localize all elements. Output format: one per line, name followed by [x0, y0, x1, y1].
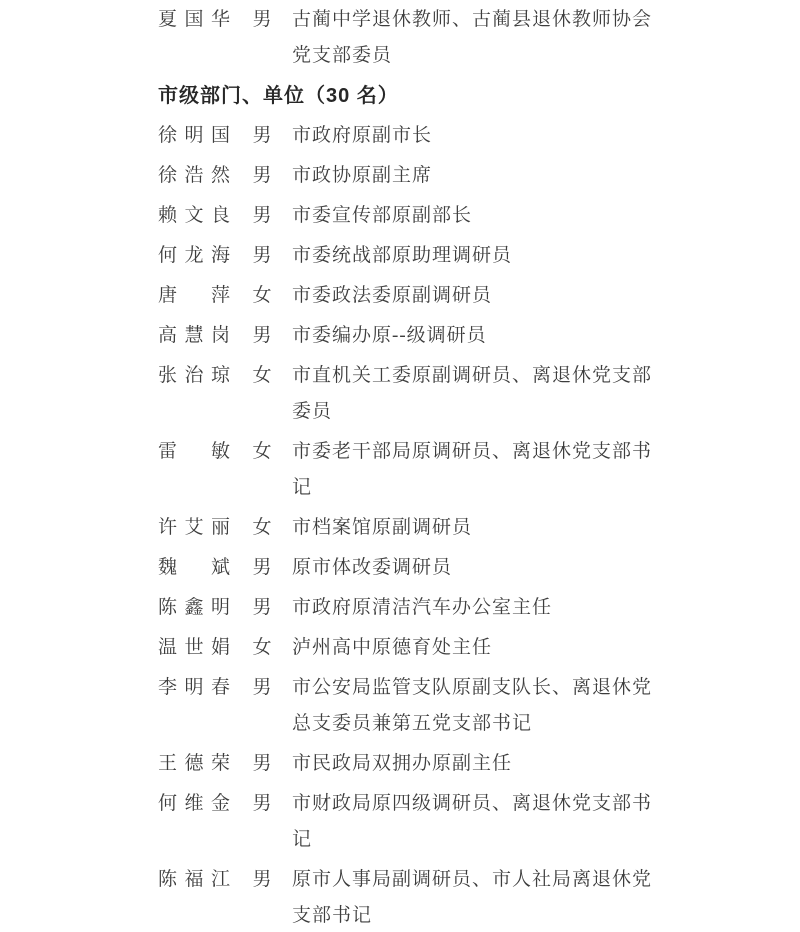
person-name: 赖文良: [158, 198, 230, 234]
person-name: 何维金: [158, 786, 230, 822]
person-gender: 男: [252, 238, 272, 274]
position-line: 市委编办原--级调研员: [292, 318, 664, 354]
position-line: 市财政局原四级调研员、离退休党支部书: [292, 786, 664, 822]
person-name: 魏斌: [158, 550, 230, 586]
person-gender: 男: [252, 862, 272, 898]
person-position: 市财政局原四级调研员、离退休党支部书记: [292, 786, 664, 858]
position-line: 市委老干部局原调研员、离退休党支部书: [292, 434, 664, 470]
entry-row: 何维金 男 市财政局原四级调研员、离退休党支部书记: [158, 786, 800, 858]
person-name: 雷敏: [158, 434, 230, 470]
person-position: 市委老干部局原调研员、离退休党支部书记: [292, 434, 664, 506]
entry-row: 张治琼 女 市直机关工委原副调研员、离退休党支部委员: [158, 358, 800, 430]
person-position: 市档案馆原副调研员: [292, 510, 664, 546]
person-position: 市委政法委原副调研员: [292, 278, 664, 314]
person-name: 陈鑫明: [158, 590, 230, 626]
person-name: 唐萍: [158, 278, 230, 314]
person-gender: 男: [252, 670, 272, 706]
person-position: 古蔺中学退休教师、古蔺县退休教师协会党支部委员: [292, 2, 664, 74]
person-gender: 男: [252, 746, 272, 782]
person-gender: 男: [252, 2, 272, 38]
person-gender: 男: [252, 590, 272, 626]
entry-row: 何龙海 男 市委统战部原助理调研员: [158, 238, 800, 274]
entry-row: 高慧岗 男 市委编办原--级调研员: [158, 318, 800, 354]
entry-row: 夏国华 男 古蔺中学退休教师、古蔺县退休教师协会党支部委员: [158, 2, 800, 74]
person-gender: 女: [252, 434, 272, 470]
person-gender: 女: [252, 358, 272, 394]
entry-row: 陈鑫明 男 市政府原清洁汽车办公室主任: [158, 590, 800, 626]
person-position: 市公安局监管支队原副支队长、离退休党总支委员兼第五党支部书记: [292, 670, 664, 742]
person-position: 市政府原清洁汽车办公室主任: [292, 590, 664, 626]
position-line: 市政府原副市长: [292, 118, 664, 154]
entry-row: 徐浩然 男 市政协原副主席: [158, 158, 800, 194]
position-line: 市委政法委原副调研员: [292, 278, 664, 314]
position-line: 市档案馆原副调研员: [292, 510, 664, 546]
person-position: 市民政局双拥办原副主任: [292, 746, 664, 782]
position-line: 记: [292, 470, 664, 506]
person-name: 徐浩然: [158, 158, 230, 194]
entry-row: 魏斌 男 原市体改委调研员: [158, 550, 800, 586]
person-position: 市政协原副主席: [292, 158, 664, 194]
pre-section-entries: 夏国华 男 古蔺中学退休教师、古蔺县退休教师协会党支部委员: [158, 2, 800, 74]
position-line: 古蔺中学退休教师、古蔺县退休教师协会: [292, 2, 664, 38]
person-position: 市委宣传部原副部长: [292, 198, 664, 234]
position-line: 市政协原副主席: [292, 158, 664, 194]
position-line: 原市体改委调研员: [292, 550, 664, 586]
person-gender: 男: [252, 318, 272, 354]
person-gender: 女: [252, 278, 272, 314]
position-line: 市直机关工委原副调研员、离退休党支部: [292, 358, 664, 394]
entry-list: 徐明国 男 市政府原副市长 徐浩然 男 市政协原副主席 赖文良 男 市委宣传部原…: [158, 118, 800, 932]
position-line: 支部书记: [292, 898, 664, 932]
entry-row: 陈福江 男 原市人事局副调研员、市人社局离退休党支部书记: [158, 862, 800, 932]
person-gender: 男: [252, 550, 272, 586]
person-gender: 男: [252, 118, 272, 154]
entry-row: 唐萍 女 市委政法委原副调研员: [158, 278, 800, 314]
person-position: 泸州高中原德育处主任: [292, 630, 664, 666]
person-name: 温世娟: [158, 630, 230, 666]
person-name: 徐明国: [158, 118, 230, 154]
person-name: 陈福江: [158, 862, 230, 898]
entry-row: 王德荣 男 市民政局双拥办原副主任: [158, 746, 800, 782]
person-position: 市委编办原--级调研员: [292, 318, 664, 354]
entry-row: 温世娟 女 泸州高中原德育处主任: [158, 630, 800, 666]
position-line: 市委统战部原助理调研员: [292, 238, 664, 274]
entry-row: 徐明国 男 市政府原副市长: [158, 118, 800, 154]
position-line: 市公安局监管支队原副支队长、离退休党: [292, 670, 664, 706]
person-name: 夏国华: [158, 2, 230, 38]
position-line: 市民政局双拥办原副主任: [292, 746, 664, 782]
entry-row: 赖文良 男 市委宣传部原副部长: [158, 198, 800, 234]
person-name: 李明春: [158, 670, 230, 706]
position-line: 委员: [292, 394, 664, 430]
person-name: 王德荣: [158, 746, 230, 782]
person-position: 市政府原副市长: [292, 118, 664, 154]
person-gender: 男: [252, 786, 272, 822]
position-line: 总支委员兼第五党支部书记: [292, 706, 664, 742]
position-line: 原市人事局副调研员、市人社局离退休党: [292, 862, 664, 898]
person-name: 何龙海: [158, 238, 230, 274]
document-page: 夏国华 男 古蔺中学退休教师、古蔺县退休教师协会党支部委员 市级部门、单位（30…: [0, 0, 800, 932]
person-position: 市直机关工委原副调研员、离退休党支部委员: [292, 358, 664, 430]
entry-row: 李明春 男 市公安局监管支队原副支队长、离退休党总支委员兼第五党支部书记: [158, 670, 800, 742]
person-position: 市委统战部原助理调研员: [292, 238, 664, 274]
person-position: 原市人事局副调研员、市人社局离退休党支部书记: [292, 862, 664, 932]
person-gender: 男: [252, 198, 272, 234]
person-gender: 女: [252, 630, 272, 666]
person-name: 高慧岗: [158, 318, 230, 354]
person-position: 原市体改委调研员: [292, 550, 664, 586]
position-line: 市委宣传部原副部长: [292, 198, 664, 234]
position-line: 泸州高中原德育处主任: [292, 630, 664, 666]
entry-row: 许艾丽 女 市档案馆原副调研员: [158, 510, 800, 546]
position-line: 党支部委员: [292, 38, 664, 74]
person-gender: 女: [252, 510, 272, 546]
section-heading: 市级部门、单位（30 名）: [158, 78, 800, 114]
position-line: 记: [292, 822, 664, 858]
person-name: 许艾丽: [158, 510, 230, 546]
position-line: 市政府原清洁汽车办公室主任: [292, 590, 664, 626]
entry-row: 雷敏 女 市委老干部局原调研员、离退休党支部书记: [158, 434, 800, 506]
person-gender: 男: [252, 158, 272, 194]
person-name: 张治琼: [158, 358, 230, 394]
